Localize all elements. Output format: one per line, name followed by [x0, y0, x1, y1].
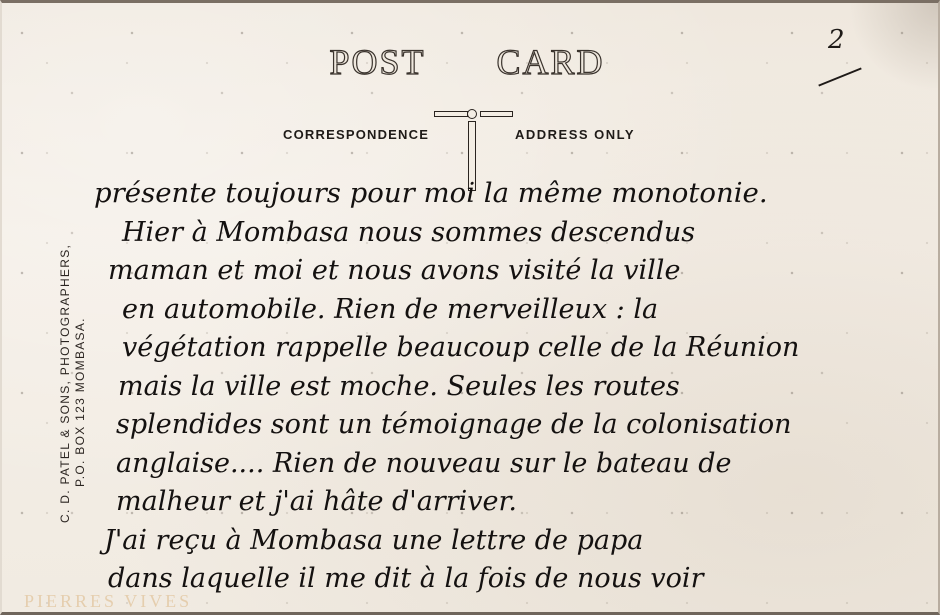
divider-knob-icon — [467, 109, 477, 119]
letter-line: dans laquelle il me dit à la fois de nou… — [94, 560, 934, 599]
heading-post: POST — [329, 41, 425, 83]
letter-line: Hier à Mombasa nous sommes descendus — [94, 214, 934, 253]
publisher-line-1: C. D. PATEL & SONS, PHOTOGRAPHERS, — [58, 244, 73, 523]
correspondence-label: CORRESPONDENCE — [283, 127, 429, 142]
letter-line: maman et moi et nous avons visité la vil… — [94, 252, 934, 291]
letter-line: présente toujours pour moi la même monot… — [94, 175, 940, 214]
letter-line: végétation rappelle beaucoup celle de la… — [94, 329, 934, 368]
publisher-line-2: P.O. BOX 123 MOMBASA. — [73, 244, 88, 523]
postcard-back: POST CARD 2 CORRESPONDENCE ADDRESS ONLY … — [0, 0, 940, 615]
letter-line: malheur et j'ai hâte d'arriver. — [94, 483, 934, 522]
letter-line: J'ai reçu à Mombasa une lettre de papa — [94, 522, 934, 561]
publisher-imprint: C. D. PATEL & SONS, PHOTOGRAPHERS, P.O. … — [58, 244, 88, 523]
divider-crossbar-left — [434, 111, 468, 117]
watermark: PIERRES VIVES — [24, 591, 192, 612]
divider-crossbar-right — [480, 111, 513, 117]
handwritten-letter: présente toujours pour moi la même monot… — [94, 175, 934, 599]
letter-line: en automobile. Rien de merveilleux : la — [94, 291, 934, 330]
heading-card: CARD — [497, 41, 605, 83]
postcard-heading: POST CARD — [2, 41, 938, 83]
letter-line: anglaise.... Rien de nouveau sur le bate… — [94, 445, 934, 484]
address-only-label: ADDRESS ONLY — [515, 127, 635, 142]
page-number: 2 — [828, 25, 845, 55]
letter-line: mais la ville est moche. Seules les rout… — [94, 368, 934, 407]
letter-line: splendides sont un témoignage de la colo… — [94, 406, 934, 445]
